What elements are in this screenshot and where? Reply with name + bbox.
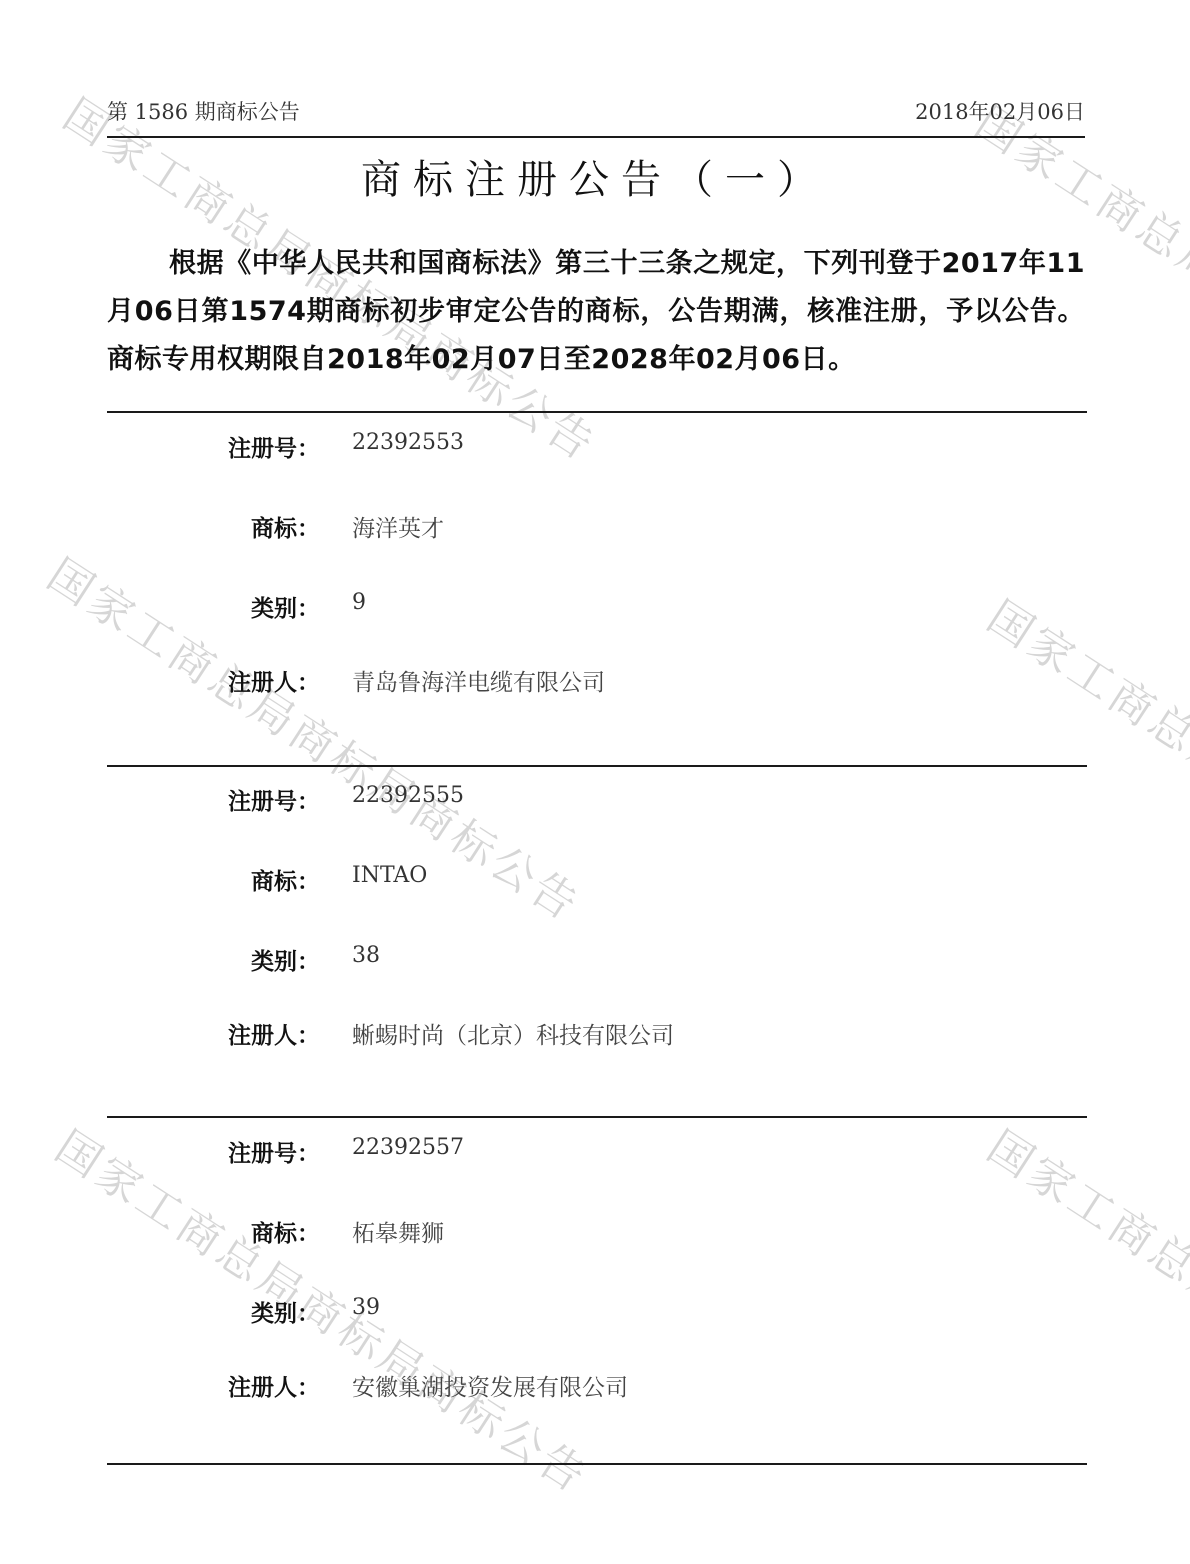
registrant-label: 注册人： [228,1017,320,1050]
divider [107,1463,1087,1465]
mark-value: INTAO [352,863,427,888]
reg-no-row: 注册号： 22392553 [0,430,1190,470]
running-header: 第 1586 期商标公告 2018年02月06日 [107,96,1085,138]
divider [107,765,1087,767]
mark-row: 商标： 柘皋舞狮 [0,1215,1190,1255]
document-page: 国家工商总局商标局商标公告 国家工商总局商标局商标公告 国家工商总局商标局商标公… [0,0,1190,1564]
class-row: 类别： 9 [0,590,1190,630]
reg-no-value: 22392553 [352,430,464,455]
mark-row: 商标： INTAO [0,863,1190,903]
class-row: 类别： 39 [0,1295,1190,1335]
class-value: 9 [352,590,366,615]
reg-no-value: 22392557 [352,1135,464,1160]
reg-no-row: 注册号： 22392557 [0,1135,1190,1175]
mark-label: 商标： [251,863,320,896]
mark-label: 商标： [251,510,320,543]
registrant-label: 注册人： [228,1369,320,1402]
registrant-row: 注册人： 青岛鲁海洋电缆有限公司 [0,664,1190,704]
class-row: 类别： 38 [0,943,1190,983]
registrant-label: 注册人： [228,664,320,697]
watermark: 国家工商总局商标局商标公告 [977,582,1190,976]
reg-no-value: 22392555 [352,783,464,808]
registrant-value: 蜥蜴时尚（北京）科技有限公司 [352,1017,674,1050]
reg-no-label: 注册号： [228,1135,320,1168]
reg-no-label: 注册号： [228,783,320,816]
class-label: 类别： [251,590,320,623]
registrant-value: 安徽巢湖投资发展有限公司 [352,1369,628,1402]
class-value: 39 [352,1295,380,1320]
mark-value: 柘皋舞狮 [352,1215,444,1248]
page-title: 商标注册公告（一） [0,148,1190,205]
mark-label: 商标： [251,1215,320,1248]
class-label: 类别： [251,1295,320,1328]
class-value: 38 [352,943,380,968]
reg-no-row: 注册号： 22392555 [0,783,1190,823]
issue-number: 第 1586 期商标公告 [107,96,300,126]
registrant-row: 注册人： 蜥蜴时尚（北京）科技有限公司 [0,1017,1190,1057]
registrant-value: 青岛鲁海洋电缆有限公司 [352,664,605,697]
reg-no-label: 注册号： [228,430,320,463]
class-label: 类别： [251,943,320,976]
mark-row: 商标： 海洋英才 [0,510,1190,550]
divider [107,411,1087,413]
registrant-row: 注册人： 安徽巢湖投资发展有限公司 [0,1369,1190,1409]
issue-date: 2018年02月06日 [915,96,1085,126]
mark-value: 海洋英才 [352,510,444,543]
divider [107,1116,1087,1118]
intro-paragraph: 根据《中华人民共和国商标法》第三十三条之规定，下列刊登于2017年11月06日第… [107,240,1085,384]
